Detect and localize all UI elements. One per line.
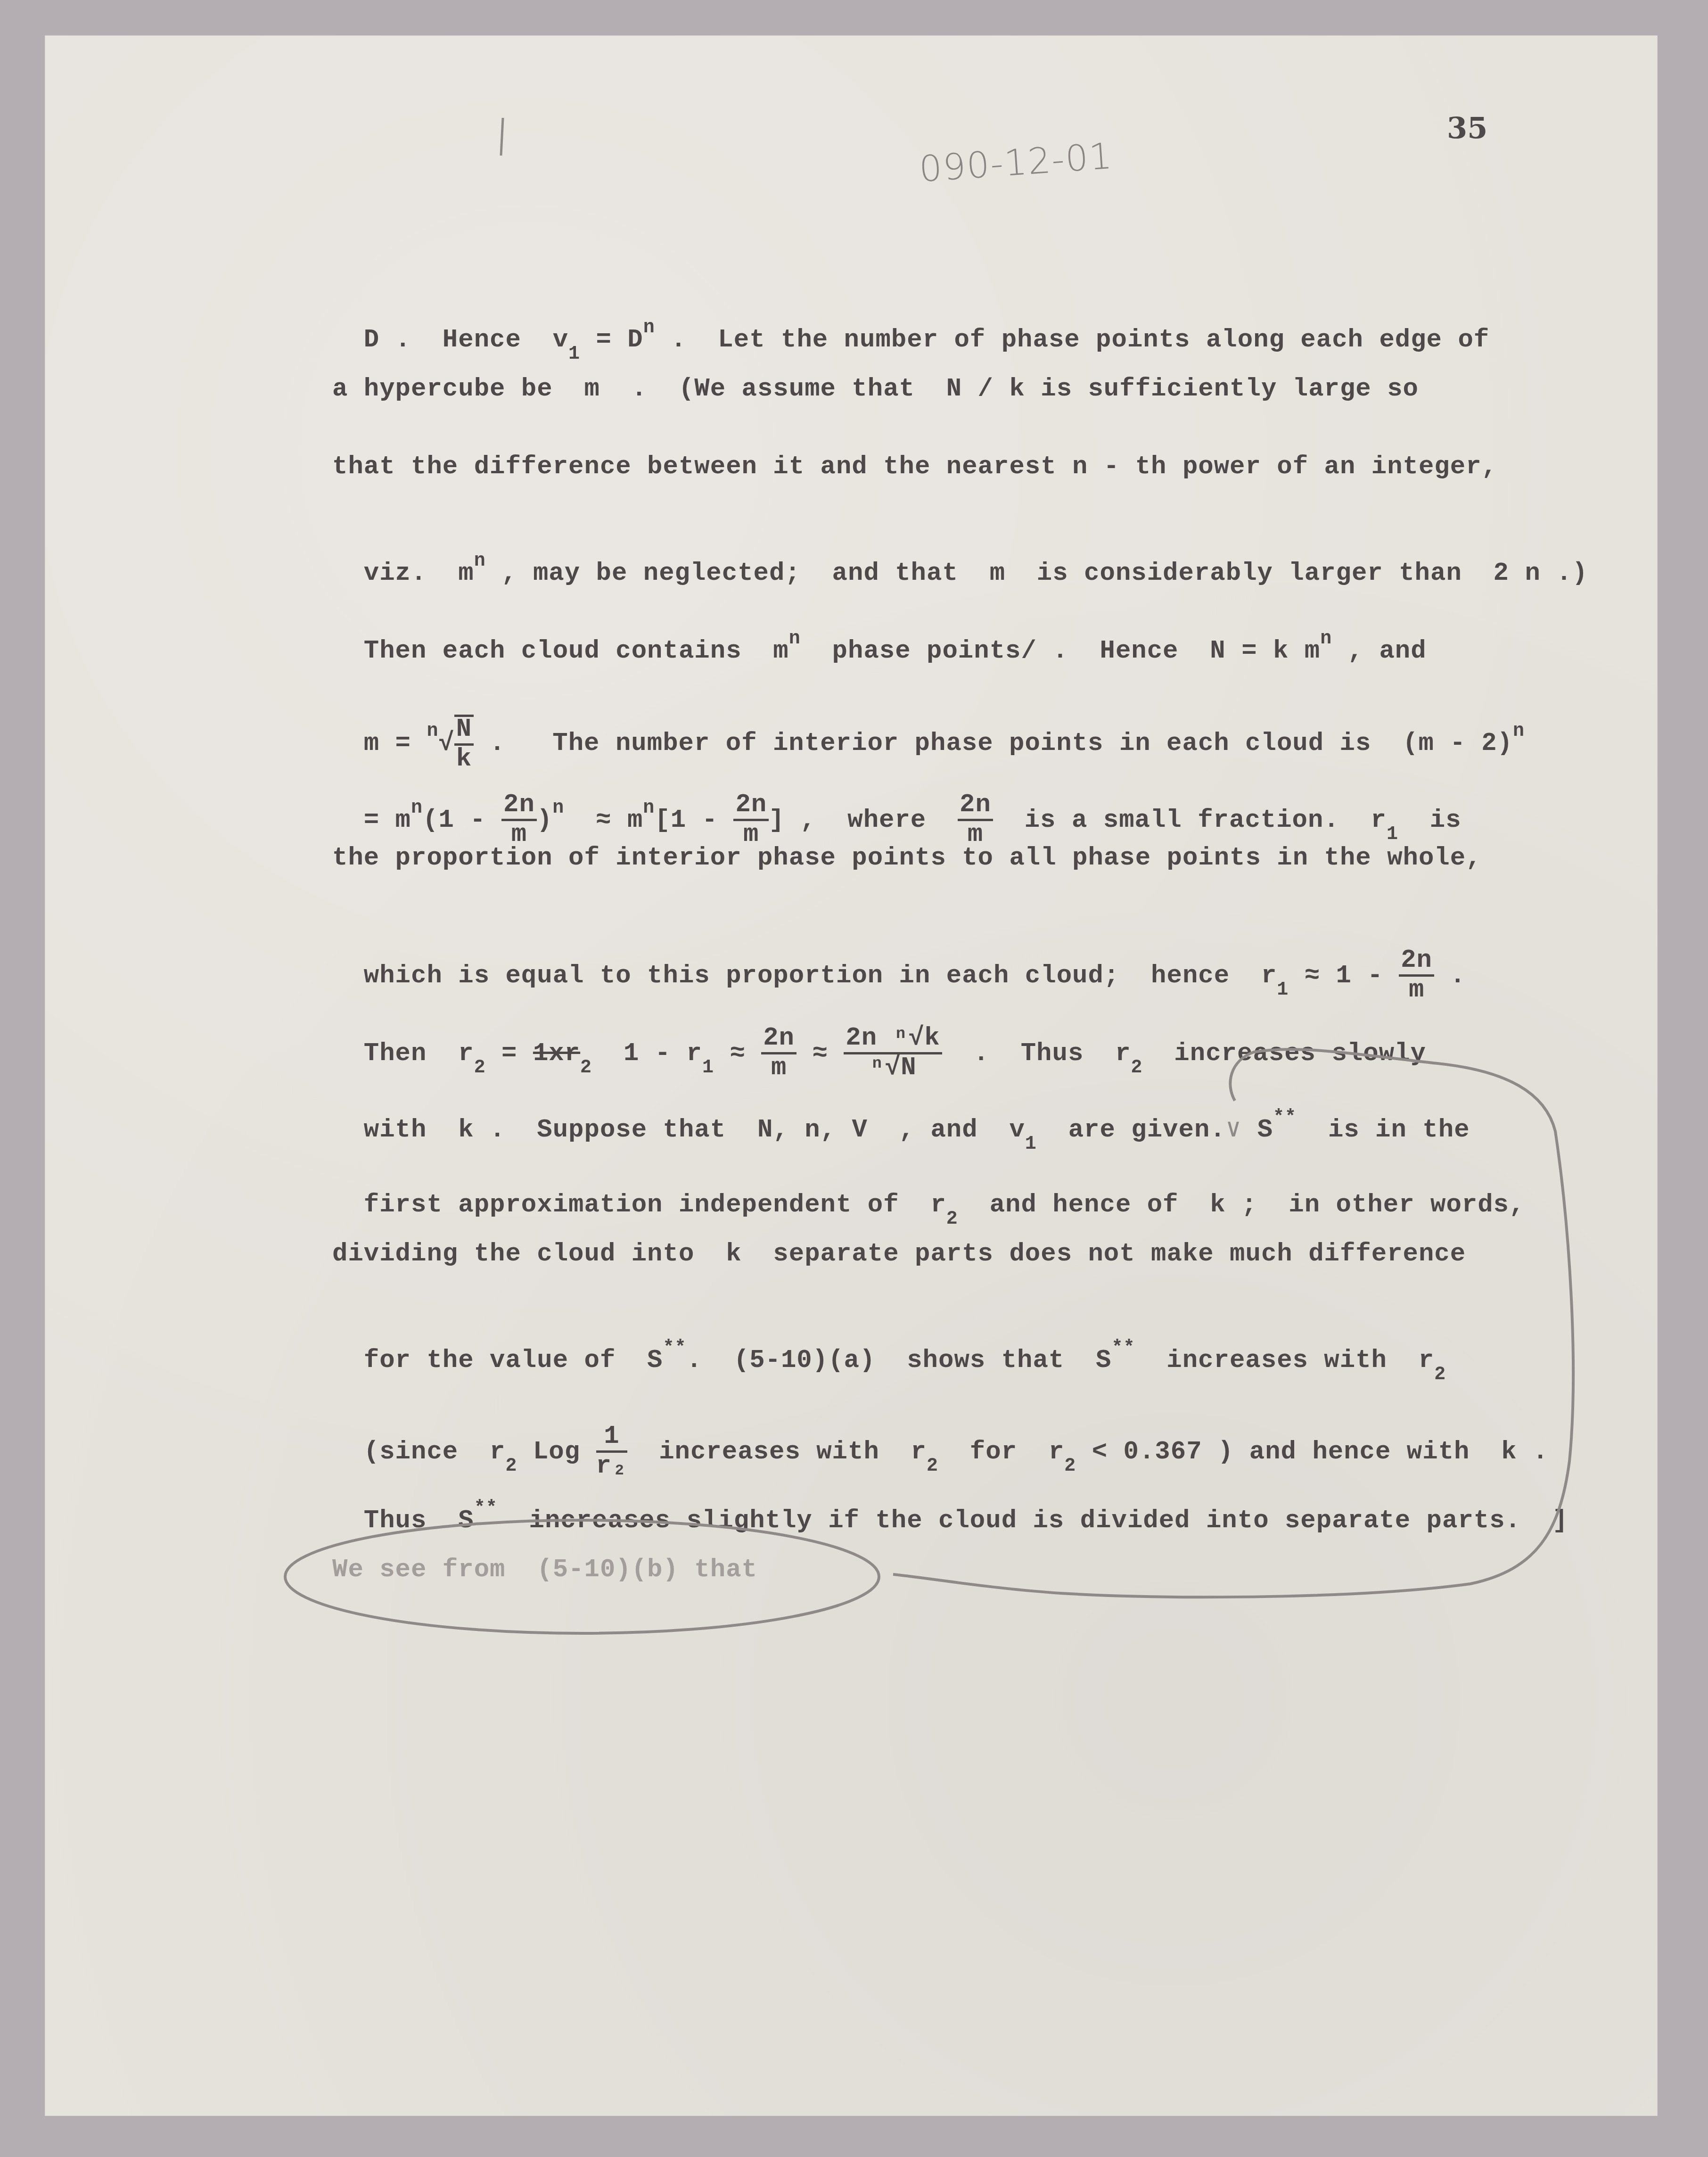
text: Then r	[364, 1039, 474, 1068]
text: increases with r	[627, 1438, 927, 1466]
superscript: n	[474, 551, 486, 572]
fraction: 2nm	[501, 792, 537, 848]
text-line-8: the proportion of interior phase points …	[332, 844, 1482, 873]
subscript: 2	[927, 1456, 938, 1477]
page-number: 35	[1447, 111, 1487, 145]
superscript: n	[643, 317, 655, 338]
text: 1 - r	[592, 1039, 702, 1068]
subscript: 1	[1387, 824, 1398, 845]
text: . Thus r	[942, 1039, 1131, 1068]
text: . Let the number of phase points along e…	[655, 326, 1489, 354]
text: < 0.367 ) and hence with k .	[1076, 1438, 1548, 1466]
text: D . Hence v	[364, 326, 568, 354]
text: , and	[1332, 637, 1426, 666]
superscript: n	[411, 798, 423, 819]
superscript: **	[474, 1498, 498, 1519]
text-line-5: Then each cloud contains mn phase points…	[332, 608, 1427, 666]
text-line-6: m = n√Nk . The number of interior phase …	[332, 686, 1525, 772]
text: , may be neglected; and that m is consid…	[486, 559, 1588, 588]
text: . The number of interior phase points in…	[474, 729, 1513, 758]
text: increases with r	[1135, 1346, 1435, 1375]
numerator: 2n	[958, 792, 993, 821]
numerator: 2n ⁿ√k	[844, 1026, 942, 1054]
radical-sign: √	[438, 729, 454, 758]
subscript: 1	[702, 1057, 714, 1078]
superscript: n	[789, 628, 801, 650]
text: = D	[580, 326, 643, 354]
text: . (5-10)(a) shows that S	[687, 1346, 1112, 1375]
text: first approximation independent of r	[364, 1191, 946, 1219]
text-line-14: for the value of S**. (5-10)(a) shows th…	[332, 1317, 1446, 1375]
fraction: 2nm	[958, 792, 993, 848]
numerator: 1	[596, 1424, 628, 1453]
text-line-3: that the difference between it and the n…	[332, 453, 1497, 481]
insertion-caret-icon: ∨	[1226, 1116, 1242, 1144]
text-line-7: = mn(1 - 2nm)n ≈ mn[1 - 2nm] , where 2nm…	[332, 764, 1462, 848]
text: ≈ m	[564, 806, 643, 835]
superscript: n	[552, 798, 564, 819]
text: Thus S	[364, 1507, 474, 1535]
text-line-17-faded: We see from (5-10)(b) that	[332, 1556, 757, 1584]
text: is a small fraction. r	[993, 806, 1387, 835]
text: ≈	[797, 1039, 844, 1068]
subscript: 2	[1064, 1456, 1076, 1477]
text: = m	[364, 806, 411, 835]
text-line-16: Thus S** increases slightly if the cloud…	[332, 1478, 1568, 1535]
subscript: 1	[568, 344, 580, 365]
text: phase points/ . Hence N = k m	[801, 637, 1320, 666]
fraction: 1r₂	[596, 1424, 628, 1479]
superscript: **	[1111, 1338, 1135, 1359]
text: (1 -	[423, 806, 501, 835]
text: (since r	[364, 1438, 506, 1466]
subscript: 2	[1434, 1364, 1446, 1385]
numerator: N	[454, 717, 474, 746]
fraction: 2n ⁿ√kⁿ√N	[844, 1026, 942, 1081]
text-line-4: viz. mn , may be neglected; and that m i…	[332, 530, 1588, 588]
numerator: 2n	[501, 792, 537, 821]
fraction: 2nm	[761, 1026, 797, 1081]
fraction: 2nm	[1399, 948, 1434, 1003]
root-index: n	[427, 721, 438, 742]
text: ≈ 1 -	[1289, 962, 1399, 990]
text: ] , where	[769, 806, 958, 835]
numerator: 2n	[733, 792, 769, 821]
text: Then each cloud contains m	[364, 637, 789, 666]
denominator: r₂	[596, 1453, 628, 1479]
subscript: 1	[1025, 1134, 1037, 1155]
text: ≈	[714, 1039, 761, 1068]
denominator: ⁿ√N	[844, 1054, 942, 1081]
superscript: **	[1273, 1107, 1297, 1128]
text: for the value of S	[364, 1346, 663, 1375]
text-line-11: with k . Suppose that N, n, V , and v1 a…	[332, 1084, 1470, 1144]
superscript: **	[663, 1338, 687, 1359]
denominator: m	[761, 1054, 797, 1081]
text-line-15: (since r2 Log 1r₂ increases with r2 for …	[332, 1395, 1548, 1479]
subscript: 2	[474, 1057, 486, 1078]
text: increases slightly if the cloud is divid…	[498, 1507, 1568, 1535]
struck-text: 1xr	[533, 1039, 580, 1068]
text: Log	[517, 1438, 596, 1466]
text: viz. m	[364, 559, 474, 588]
text: .	[1434, 962, 1466, 990]
subscript: 2	[946, 1209, 958, 1230]
superscript: n	[1513, 721, 1525, 742]
superscript: n	[1320, 628, 1332, 650]
text: are given.	[1037, 1116, 1226, 1144]
text: S	[1241, 1116, 1273, 1144]
text-line-13: dividing the cloud into k separate parts…	[332, 1240, 1466, 1268]
subscript: 2	[580, 1057, 592, 1078]
text-line-1: D . Hence v1 = Dn . Let the number of ph…	[332, 297, 1489, 354]
text-line-2: a hypercube be m . (We assume that N / k…	[332, 375, 1419, 403]
text-line-10: Then r2 = 1xr2 1 - r1 ≈ 2nm ≈ 2n ⁿ√kⁿ√N …	[332, 997, 1426, 1081]
superscript: n	[643, 798, 655, 819]
text: )	[537, 806, 552, 835]
text: is	[1398, 806, 1462, 835]
fraction: 2nm	[733, 792, 769, 848]
text: =	[486, 1039, 533, 1068]
text: increases slowly	[1143, 1039, 1426, 1068]
text: is in the	[1297, 1116, 1470, 1144]
text-line-12: first approximation independent of r2 an…	[332, 1162, 1525, 1219]
numerator: 2n	[1399, 948, 1434, 977]
text: for r	[938, 1438, 1064, 1466]
subscript: 2	[1131, 1057, 1143, 1078]
subscript: 2	[505, 1456, 517, 1477]
numerator: 2n	[761, 1026, 797, 1054]
text: and hence of k ; in other words,	[958, 1191, 1525, 1219]
text-line-9: which is equal to this proportion in eac…	[332, 919, 1466, 1003]
text: m =	[364, 729, 427, 758]
text: which is equal to this proportion in eac…	[364, 962, 1277, 990]
text: with k . Suppose that N, n, V , and v	[364, 1116, 1025, 1144]
text: [1 -	[655, 806, 733, 835]
